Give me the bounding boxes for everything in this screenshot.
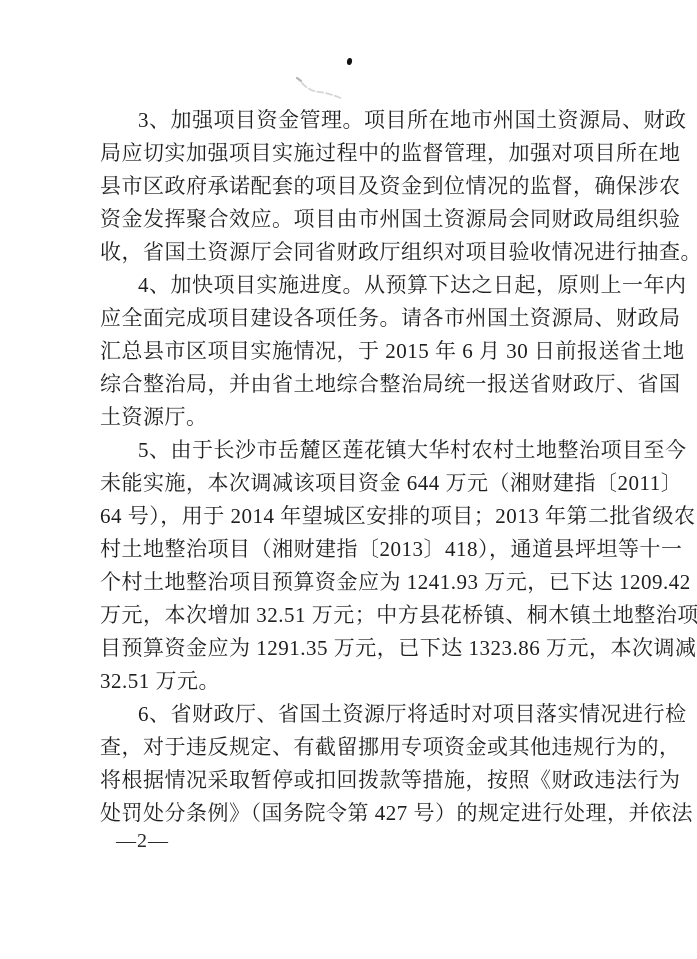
text-line: 土资源厅。 bbox=[100, 401, 606, 434]
paragraph-4: 4、加快项目实施进度。从预算下达之日起，原则上一年内 应全面完成项目建设各项任务… bbox=[100, 269, 606, 434]
text-line: 资金发挥聚合效应。项目由市州国土资源局会同财政局组织验 bbox=[100, 203, 606, 236]
paragraph-6: 6、省财政厅、省国土资源厅将适时对项目落实情况进行检 查，对于违反规定、有截留挪… bbox=[100, 698, 606, 830]
text-line: 查，对于违反规定、有截留挪用专项资金或其他违规行为的， bbox=[100, 731, 606, 764]
text-line: 64 号），用于 2014 年望城区安排的项目；2013 年第二批省级农 bbox=[100, 500, 606, 533]
paragraph-3: 3、加强项目资金管理。项目所在地市州国土资源局、财政 局应切实加强项目实施过程中… bbox=[100, 104, 606, 269]
text-line: 32.51 万元。 bbox=[100, 665, 606, 698]
text-line: 汇总县市区项目实施情况，于 2015 年 6 月 30 日前报送省土地 bbox=[100, 335, 606, 368]
text-line: 应全面完成项目建设各项任务。请各市州国土资源局、财政局 bbox=[100, 302, 606, 335]
text-line: 3、加强项目资金管理。项目所在地市州国土资源局、财政 bbox=[100, 104, 606, 137]
text-line: 县市区政府承诺配套的项目及资金到位情况的监督，确保涉农 bbox=[100, 170, 606, 203]
text-line: 5、由于长沙市岳麓区莲花镇大华村农村土地整治项目至今 bbox=[100, 434, 606, 467]
text-line: 未能实施，本次调减该项目资金 644 万元（湘财建指〔2011〕 bbox=[100, 467, 606, 500]
text-line: 万元，本次增加 32.51 万元；中方县花桥镇、桐木镇土地整治项 bbox=[100, 599, 606, 632]
text-line: 处罚处分条例》（国务院令第 427 号）的规定进行处理，并依法 bbox=[100, 797, 606, 830]
page-number: —2— bbox=[116, 830, 169, 853]
text-line: 村土地整治项目（湘财建指〔2013〕418），通道县坪坦等十一 bbox=[100, 533, 606, 566]
ink-dot-artifact bbox=[346, 58, 352, 66]
text-line: 局应切实加强项目实施过程中的监督管理，加强对项目所在地 bbox=[100, 137, 606, 170]
smudge-artifact bbox=[293, 74, 351, 106]
document-body: 3、加强项目资金管理。项目所在地市州国土资源局、财政 局应切实加强项目实施过程中… bbox=[100, 104, 606, 830]
text-line: 4、加快项目实施进度。从预算下达之日起，原则上一年内 bbox=[100, 269, 606, 302]
document-page: 3、加强项目资金管理。项目所在地市州国土资源局、财政 局应切实加强项目实施过程中… bbox=[0, 0, 697, 959]
text-line: 个村土地整治项目预算资金应为 1241.93 万元，已下达 1209.42 bbox=[100, 566, 606, 599]
paragraph-5: 5、由于长沙市岳麓区莲花镇大华村农村土地整治项目至今 未能实施，本次调减该项目资… bbox=[100, 434, 606, 698]
text-line: 综合整治局，并由省土地综合整治局统一报送省财政厅、省国 bbox=[100, 368, 606, 401]
text-line: 6、省财政厅、省国土资源厅将适时对项目落实情况进行检 bbox=[100, 698, 606, 731]
text-line: 收，省国土资源厅会同省财政厅组织对项目验收情况进行抽查。 bbox=[100, 236, 606, 269]
text-line: 将根据情况采取暂停或扣回拨款等措施，按照《财政违法行为 bbox=[100, 764, 606, 797]
text-line: 目预算资金应为 1291.35 万元，已下达 1323.86 万元，本次调减 bbox=[100, 632, 606, 665]
